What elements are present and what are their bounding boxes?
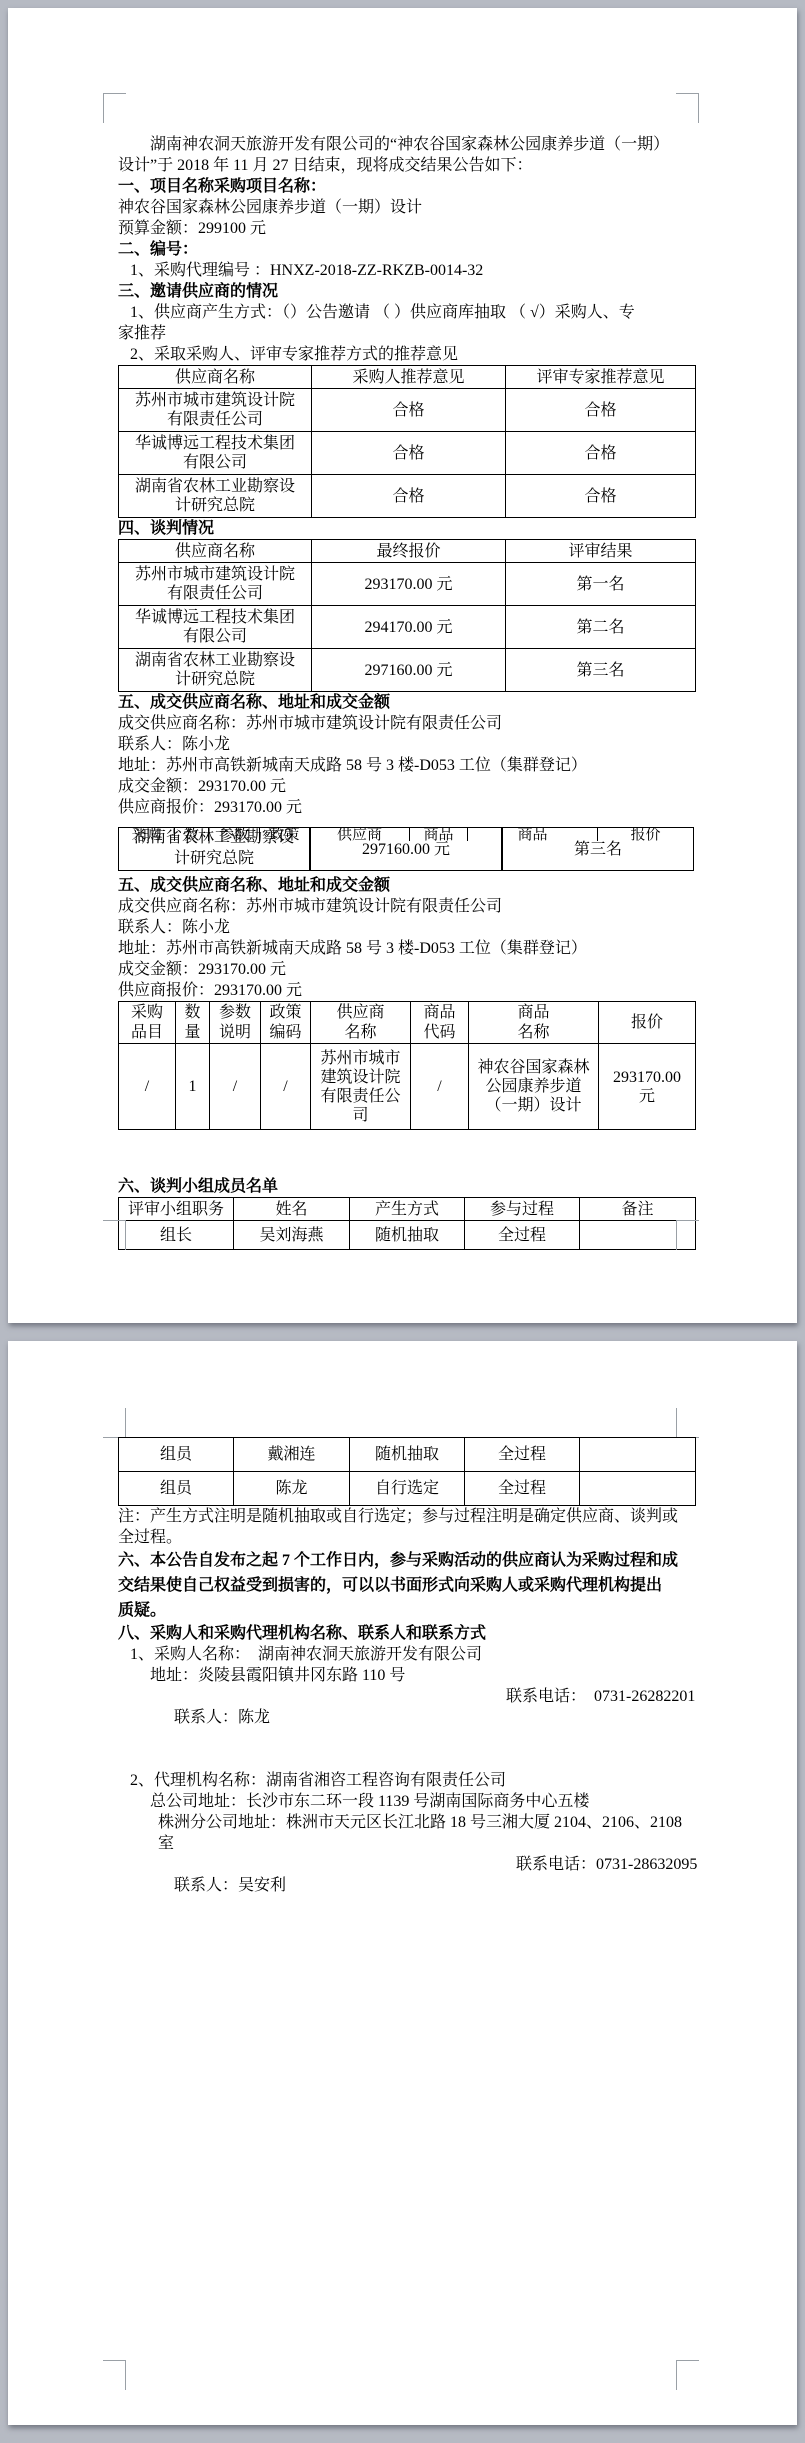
agent-phone: 联系电话：0731-28632095 xyxy=(516,1854,697,1875)
glitch-header-cell: 商品 xyxy=(410,827,468,841)
spacer xyxy=(118,1130,697,1176)
column-header: 供应商名称 xyxy=(119,366,312,389)
winner-name: 成交供应商名称：苏州市城市建筑设计院有限责任公司 xyxy=(118,713,697,734)
note-line-2: 全过程。 xyxy=(118,1527,697,1548)
buyer-opinion: 合格 xyxy=(312,475,506,518)
column-header: 商品 代码 xyxy=(411,1002,469,1044)
table-row: 华诚博远工程技术集团 有限公司 294170.00 元 第二名 xyxy=(119,606,696,649)
supplier-quote: 供应商报价：293170.00 元 xyxy=(118,797,697,818)
expert-opinion: 合格 xyxy=(506,389,696,432)
section-6-heading: 六、谈判小组成员名单 xyxy=(118,1176,697,1197)
item-supplier: 苏州市城市 建筑设计院 有限责任公 司 xyxy=(311,1044,411,1130)
page-2-content: 组员 戴湘连 随机抽取 全过程 组员 陈龙 自行选定 全过程 注：产生方式注明是… xyxy=(8,1341,797,1938)
section-8-heading: 八、采购人和采购代理机构名称、联系人和联系方式 xyxy=(118,1623,697,1644)
table-row: 苏州市城市建筑设计院 有限责任公司 293170.00 元 第一名 xyxy=(119,563,696,606)
column-header: 报价 xyxy=(599,1002,696,1044)
agency-code: 1、采购代理编号 ：HNXZ-2018-ZZ-RKZB-0014-32 xyxy=(118,260,697,281)
supplier-method-wrap: 家推荐 xyxy=(118,323,697,344)
recommendation-table: 供应商名称 采购人推荐意见 评审专家推荐意见 苏州市城市建筑设计院 有限责任公司… xyxy=(118,365,696,518)
buyer-contact: 联系人：陈龙 xyxy=(174,1709,270,1726)
item-product-name: 神农谷国家森林 公园康养步道 （一期）设计 xyxy=(469,1044,599,1130)
member-remark xyxy=(580,1472,696,1506)
section-4-heading: 四、谈判情况 xyxy=(118,518,697,539)
supplier-name: 苏州市城市建筑设计院 有限责任公司 xyxy=(119,563,312,606)
section-2-heading: 二、编号： xyxy=(118,239,697,260)
member-role: 组员 xyxy=(119,1472,234,1506)
render-glitch-row: 湖南省农林工业勘察设 计研究总院 297160.00 元 第三名 采购 数 参数… xyxy=(118,827,694,871)
supplier-name: 华诚博远工程技术集团 有限公司 xyxy=(119,432,312,475)
column-header: 评审小组职务 xyxy=(119,1198,234,1221)
margin-mark-bottom-right xyxy=(676,1220,699,1250)
negotiation-table: 供应商名称 最终报价 评审结果 苏州市城市建筑设计院 有限责任公司 293170… xyxy=(118,539,696,692)
item-policy-code: / xyxy=(261,1044,311,1130)
glitch-header-fragment: 采购 数 参数 政策 供应商 商品 商品 报价 xyxy=(119,827,693,843)
member-process: 全过程 xyxy=(465,1472,580,1506)
winner-contact: 联系人：陈小龙 xyxy=(118,734,697,755)
glitch-header-cell: 供应商 xyxy=(310,827,410,841)
item-quantity: 1 xyxy=(176,1044,210,1130)
buyer-name: 1、采购人名称： 湖南神农洞天旅游开发有限公司 xyxy=(118,1644,697,1665)
column-header: 采购 品目 xyxy=(119,1002,176,1044)
note-line-1: 注：产生方式注明是随机抽取或自行选定；参与过程注明是确定供应商、谈判或 xyxy=(118,1506,697,1527)
buyer-phone: 联系电话： 0731-26282201 xyxy=(506,1686,695,1707)
table-row: 湖南省农林工业勘察设 计研究总院 合格 合格 xyxy=(119,475,696,518)
member-role: 组员 xyxy=(119,1438,234,1472)
deal-amount: 成交金额：293170.00 元 xyxy=(118,776,697,797)
column-header: 姓名 xyxy=(234,1198,350,1221)
table-row: / 1 / / 苏州市城市 建筑设计院 有限责任公 司 / 神农谷国家森林 公园… xyxy=(119,1044,696,1130)
glitch-header-cell: 政策 xyxy=(260,827,310,841)
column-header: 采购人推荐意见 xyxy=(312,366,506,389)
column-header: 产生方式 xyxy=(350,1198,465,1221)
column-header: 数 量 xyxy=(176,1002,210,1044)
review-result: 第一名 xyxy=(506,563,696,606)
project-name: 神农谷国家森林公园康养步道（一期）设计 xyxy=(118,197,697,218)
final-quote: 294170.00 元 xyxy=(312,606,506,649)
intro-line-2: 设计”于 2018 年 11 月 27 日结束，现将成交结果公告如下： xyxy=(118,155,697,176)
table-row: 苏州市城市建筑设计院 有限责任公司 合格 合格 xyxy=(119,389,696,432)
item-product-code: / xyxy=(411,1044,469,1130)
column-header: 供应商名称 xyxy=(119,540,312,563)
expert-opinion: 合格 xyxy=(506,475,696,518)
document-page-1: 湖南神农洞天旅游开发有限公司的“神农谷国家森林公园康养步道（一期） 设计”于 2… xyxy=(8,8,797,1323)
member-name: 吴刘海燕 xyxy=(234,1221,350,1250)
glitch-under-text-2: 计研究总院 xyxy=(119,850,309,868)
review-result: 第二名 xyxy=(506,606,696,649)
column-header: 供应商 名称 xyxy=(311,1002,411,1044)
column-header: 参与过程 xyxy=(465,1198,580,1221)
supplier-name: 苏州市城市建筑设计院 有限责任公司 xyxy=(119,389,312,432)
agent-contact: 联系人：吴安利 xyxy=(174,1877,286,1894)
buyer-contact-line: 联系人：陈龙 联系电话： 0731-26282201 xyxy=(118,1686,697,1770)
table-row: 组员 戴湘连 随机抽取 全过程 xyxy=(119,1438,696,1472)
supplier-method-line: 1、供应商产生方式：（）公告邀请 （ ）供应商库抽取 （ √）采购人、专 xyxy=(118,302,697,323)
column-header: 备注 xyxy=(580,1198,696,1221)
member-name: 陈龙 xyxy=(234,1472,350,1506)
buyer-opinion: 合格 xyxy=(312,432,506,475)
panel-member-table: 评审小组职务 姓名 产生方式 参与过程 备注 组长 吴刘海燕 随机抽取 全过程 xyxy=(118,1197,696,1250)
supplier-name: 华诚博远工程技术集团 有限公司 xyxy=(119,606,312,649)
deal-amount-repeat: 成交金额：293170.00 元 xyxy=(118,959,697,980)
table-row: 组员 陈龙 自行选定 全过程 xyxy=(119,1472,696,1506)
member-process: 全过程 xyxy=(465,1221,580,1250)
winner-address-repeat: 地址：苏州市高铁新城南天成路 58 号 3 楼-D053 工位（集群登记） xyxy=(118,938,697,959)
glitch-header-cell: 采购 xyxy=(119,827,175,841)
glitch-header-cell: 商品 xyxy=(468,827,598,841)
margin-mark-bottom-left xyxy=(103,1220,126,1250)
member-method: 随机抽取 xyxy=(350,1221,465,1250)
document-viewer: { "page1": { "intro_line1": "湖南神农洞天旅游开发有… xyxy=(0,0,805,2443)
budget-amount: 预算金额：299100 元 xyxy=(118,218,697,239)
item-params: / xyxy=(210,1044,261,1130)
supplier-name: 湖南省农林工业勘察设 计研究总院 xyxy=(119,649,312,692)
objection-clause-line-2: 交结果使自己权益受到损害的，可以以书面形式向采购人或采购代理机构提出 xyxy=(118,1573,697,1598)
column-header: 最终报价 xyxy=(312,540,506,563)
glitch-header-cell: 参数 xyxy=(209,827,260,841)
item-category: / xyxy=(119,1044,176,1130)
supplier-name: 湖南省农林工业勘察设 计研究总院 xyxy=(119,475,312,518)
section-1-heading: 一、项目名称采购项目名称： xyxy=(118,176,697,197)
supplier-quote-repeat: 供应商报价：293170.00 元 xyxy=(118,980,697,1001)
final-quote: 297160.00 元 xyxy=(312,649,506,692)
glitch-rank-value: 第三名 xyxy=(502,841,694,859)
section-3-heading: 三、邀请供应商的情况 xyxy=(118,281,697,302)
section-5-heading-repeat: 五、成交供应商名称、地址和成交金额 xyxy=(118,875,697,896)
table-row: 华诚博远工程技术集团 有限公司 合格 合格 xyxy=(119,432,696,475)
margin-mark-bottom-right xyxy=(676,2360,699,2390)
objection-clause-line-3: 质疑。 xyxy=(118,1598,697,1623)
winner-contact-repeat: 联系人：陈小龙 xyxy=(118,917,697,938)
final-quote: 293170.00 元 xyxy=(312,563,506,606)
winner-address: 地址：苏州市高铁新城南天成路 58 号 3 楼-D053 工位（集群登记） xyxy=(118,755,697,776)
table-row: 湖南省农林工业勘察设 计研究总院 297160.00 元 第三名 xyxy=(119,649,696,692)
intro-line-1: 湖南神农洞天旅游开发有限公司的“神农谷国家森林公园康养步道（一期） xyxy=(118,134,697,155)
agent-contact-line: 联系人：吴安利 联系电话：0731-28632095 xyxy=(118,1854,697,1938)
buyer-address: 地址：炎陵县霞阳镇井冈东路 110 号 xyxy=(118,1665,697,1686)
page-1-content: 湖南神农洞天旅游开发有限公司的“神农谷国家森林公园康养步道（一期） 设计”于 2… xyxy=(8,8,797,1250)
table-row: 组长 吴刘海燕 随机抽取 全过程 xyxy=(119,1221,696,1250)
column-header: 评审专家推荐意见 xyxy=(506,366,696,389)
glitch-header-cell: 数 xyxy=(175,827,209,841)
review-result: 第三名 xyxy=(506,649,696,692)
member-process: 全过程 xyxy=(465,1438,580,1472)
panel-member-table-continued: 组员 戴湘连 随机抽取 全过程 组员 陈龙 自行选定 全过程 xyxy=(118,1437,696,1506)
member-method: 随机抽取 xyxy=(350,1438,465,1472)
member-role: 组长 xyxy=(119,1221,234,1250)
agent-name: 2、代理机构名称：湖南省湘咨工程咨询有限责任公司 xyxy=(118,1770,697,1791)
agent-hq-address: 总公司地址：长沙市东二环一段 1139 号湖南国际商务中心五楼 xyxy=(118,1791,697,1812)
column-header: 政策 编码 xyxy=(261,1002,311,1044)
winner-name-repeat: 成交供应商名称：苏州市城市建筑设计院有限责任公司 xyxy=(118,896,697,917)
column-header: 商品 名称 xyxy=(469,1002,599,1044)
agent-branch-address: 株洲分公司地址：株洲市天元区长江北路 18 号三湘大厦 2104、2106、21… xyxy=(118,1812,697,1854)
objection-clause-line-1: 六、本公告自发布之起 7 个工作日内，参与采购活动的供应商认为采购过程和成 xyxy=(118,1548,697,1573)
deal-item-table: 采购 品目 数 量 参数 说明 政策 编码 供应商 名称 商品 代码 商品 名称… xyxy=(118,1001,696,1130)
margin-mark-bottom-left xyxy=(103,2360,126,2390)
expert-opinion: 合格 xyxy=(506,432,696,475)
column-header: 参数 说明 xyxy=(210,1002,261,1044)
member-name: 戴湘连 xyxy=(234,1438,350,1472)
column-header: 评审结果 xyxy=(506,540,696,563)
recommend-opinion-line: 2、采取采购人、评审专家推荐方式的推荐意见 xyxy=(118,344,697,365)
buyer-opinion: 合格 xyxy=(312,389,506,432)
document-page-2: 组员 戴湘连 随机抽取 全过程 组员 陈龙 自行选定 全过程 注：产生方式注明是… xyxy=(8,1341,797,2425)
glitch-quote-value: 297160.00 元 xyxy=(310,841,502,859)
member-remark xyxy=(580,1438,696,1472)
section-5-heading: 五、成交供应商名称、地址和成交金额 xyxy=(118,692,697,713)
member-method: 自行选定 xyxy=(350,1472,465,1506)
glitch-header-cell: 报价 xyxy=(598,827,693,841)
item-quote: 293170.00 元 xyxy=(599,1044,696,1130)
